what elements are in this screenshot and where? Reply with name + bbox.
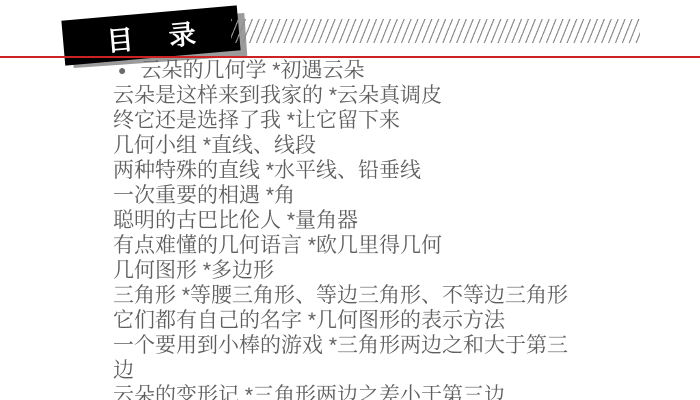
toc-entry-label: 三角形 *等腰三角形、等边三角形、不等边三角形 bbox=[113, 283, 568, 308]
toc-entry-label: 边 bbox=[113, 358, 134, 383]
page-title: 目 录 bbox=[105, 11, 212, 59]
toc-entry-label: 几何小组 *直线、线段 bbox=[113, 133, 316, 158]
toc-entry: 它们都有自己的名字 *几何图形的表示方法 bbox=[113, 308, 623, 333]
toc-entry-label: 云朵的几何学 *初遇云朵 bbox=[140, 58, 364, 83]
toc-page: 目 录 ●云朵的几何学 *初遇云朵云朵是这样来到我家的 *云朵真调皮终它还是选择… bbox=[0, 0, 700, 400]
toc-entry-label: 几何图形 *多边形 bbox=[113, 258, 274, 283]
hatching-decoration bbox=[231, 19, 640, 43]
toc-entry-label: 它们都有自己的名字 *几何图形的表示方法 bbox=[113, 308, 505, 333]
toc-entry-label: 两种特殊的直线 *水平线、铅垂线 bbox=[113, 158, 421, 183]
toc-entry: 云朵是这样来到我家的 *云朵真调皮 bbox=[113, 83, 623, 108]
toc-entry-label: 有点难懂的几何语言 *欧几里得几何 bbox=[113, 233, 442, 258]
toc-entry-label: 一个要用到小棒的游戏 *三角形两边之和大于第三 bbox=[113, 333, 568, 358]
toc-entry: 聪明的古巴比伦人 *量角器 bbox=[113, 208, 623, 233]
toc-entry-label: 云朵是这样来到我家的 *云朵真调皮 bbox=[113, 83, 442, 108]
toc-entry: 一次重要的相遇 *角 bbox=[113, 183, 623, 208]
toc-entry: 三角形 *等腰三角形、等边三角形、不等边三角形 bbox=[113, 283, 623, 308]
toc-entry: 几何小组 *直线、线段 bbox=[113, 133, 623, 158]
toc-entry: 边 bbox=[113, 358, 623, 383]
toc-entry: 几何图形 *多边形 bbox=[113, 258, 623, 283]
toc-entry: 终它还是选择了我 *让它留下来 bbox=[113, 108, 623, 133]
toc-entry-label: 终它还是选择了我 *让它留下来 bbox=[113, 108, 400, 133]
toc-entry: 一个要用到小棒的游戏 *三角形两边之和大于第三 bbox=[113, 333, 623, 358]
toc-entry-label: 聪明的古巴比伦人 *量角器 bbox=[113, 208, 358, 233]
toc-entry: 云朵的变形记 *三角形两边之差小于第三边 bbox=[113, 383, 623, 400]
toc-entry-label: 云朵的变形记 *三角形两边之差小于第三边 bbox=[113, 383, 505, 400]
toc-entry-label: 一次重要的相遇 *角 bbox=[113, 183, 295, 208]
toc-entry: ●云朵的几何学 *初遇云朵 bbox=[113, 58, 623, 83]
bullet-icon: ● bbox=[118, 58, 126, 83]
toc-entry: 两种特殊的直线 *水平线、铅垂线 bbox=[113, 158, 623, 183]
toc-list: ●云朵的几何学 *初遇云朵云朵是这样来到我家的 *云朵真调皮终它还是选择了我 *… bbox=[113, 58, 623, 400]
toc-entry: 有点难懂的几何语言 *欧几里得几何 bbox=[113, 233, 623, 258]
